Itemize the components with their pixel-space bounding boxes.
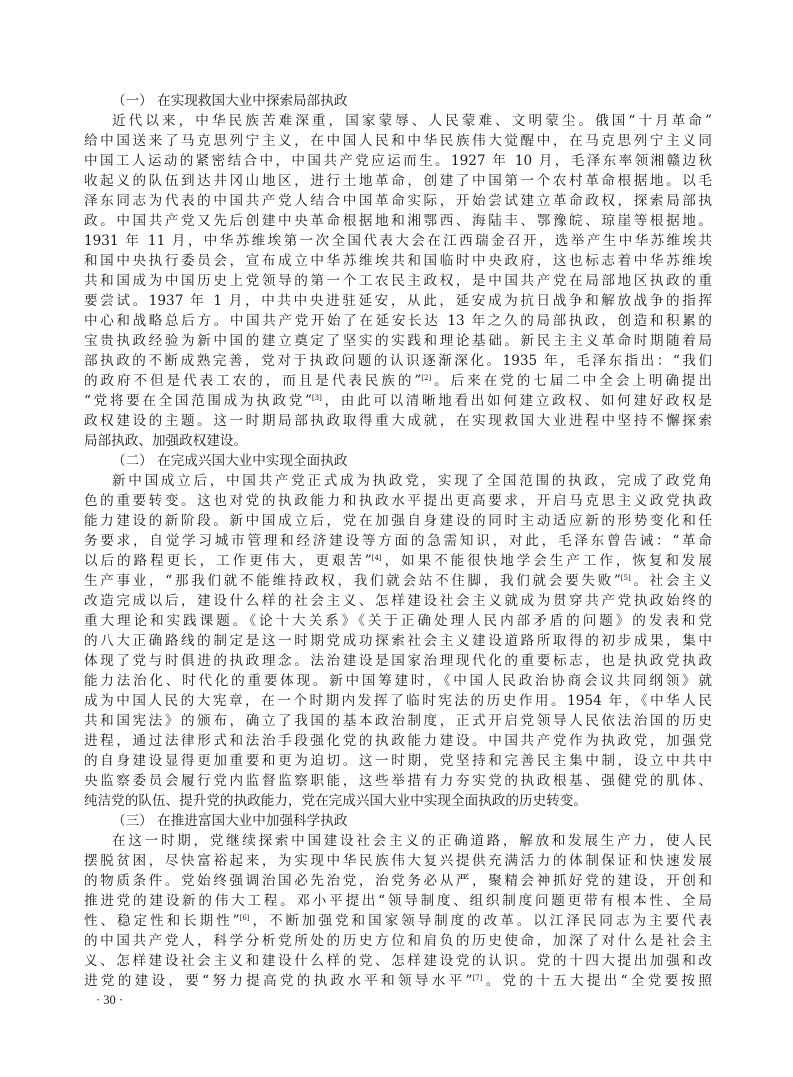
citation-marker: [2] xyxy=(421,374,431,382)
paragraph-line: 的自身建设显得更加重要和更为迫切。这一时期，党坚持和完善民主集中制，设立中共中 xyxy=(84,751,712,771)
paragraph-line: 务要求，自觉学习城市管理和经济建设等方面的急需知识，对此，毛泽东曾告诫：“革命 xyxy=(84,531,712,551)
paragraph-line: 共和国宪法》的颁布，确立了我国的基本政治制度，正式开启党领导人民依法治国的历史 xyxy=(84,711,712,731)
section-heading: （三） 在推进富国大业中加强科学执政 xyxy=(84,811,712,831)
paragraph-line: 体现了党与时俱进的执政理念。法治建设是国家治理现代化的重要标志，也是执政党执政 xyxy=(84,651,712,671)
paragraph-line: 能力建设的新阶段。新中国成立后，党在加强自身建设的同时主动适应新的形势变化和任 xyxy=(84,511,712,531)
paragraph-line: 中国工人运动的紧密结合中，中国共产党应运而生。1927 年 10 月，毛泽东率领… xyxy=(84,151,712,171)
section-heading: （一） 在实现救国大业中探索局部执政 xyxy=(84,91,712,111)
paragraph-line: 重大理论和实践课题。《论十大关系》《关于正确处理人民内部矛盾的问题》的发表和党 xyxy=(84,611,712,631)
paragraph-line: 义、怎样建设社会主义和建设什么样的党、怎样建设党的认识。党的十四大提出加强和改 xyxy=(84,951,712,971)
citation-marker: [6] xyxy=(240,914,250,922)
paragraph-line: 近代以来，中华民族苦难深重，国家蒙辱、人民蒙难、文明蒙尘。俄国“十月革命” xyxy=(84,111,712,131)
paragraph-line: 局部执政、加强政权建设。 xyxy=(84,431,712,451)
citation-marker: [7] xyxy=(472,974,482,982)
citation-marker: [3] xyxy=(312,394,322,402)
paragraph-line-with-citation: “党将要在全国范围成为执政党”[3]，由此可以清晰地看出如何建立政权、如何建好政… xyxy=(84,391,712,411)
paragraph-line-with-citation: 性、稳定性和长期性”[6]，不断加强党和国家领导制度的改革。以江泽民同志为主要代… xyxy=(84,911,712,931)
paragraph-line: 改造完成以后，建设什么样的社会主义、怎样建设社会主义就成为贯穿共产党执政始终的 xyxy=(84,591,712,611)
citation-marker: [5] xyxy=(621,574,631,582)
citation-marker: [4] xyxy=(372,554,382,562)
paragraph-line: 宝贵执政经验为新中国的建立奠定了坚实的实践和理论基础。新民主主义革命时期随着局 xyxy=(84,331,712,351)
paragraph-line: 央监察委员会履行党内监督监察职能，这些举措有力夯实党的执政根基、强健党的肌体、 xyxy=(84,771,712,791)
paragraph-line: 收起义的队伍到达井冈山地区，进行土地革命，创建了中国第一个农村革命根据地。以毛 xyxy=(84,171,712,191)
paragraph-line-with-citation: 以后的路程更长，工作更伟大，更艰苦”[4]，如果不能很快地学会生产工作，恢复和发… xyxy=(84,551,712,571)
paragraph-line: 新中国成立后，中国共产党正式成为执政党，实现了全国范围的执政，完成了政党角 xyxy=(84,471,712,491)
paragraph-line: 泽东同志为代表的中国共产党人结合中国革命实际，开始尝试建立革命政权，探索局部执 xyxy=(84,191,712,211)
paragraph-line: 推进党的建设新的伟大工程。邓小平提出“领导制度、组织制度问题更带有根本性、全局 xyxy=(84,891,712,911)
paragraph-line: 1931 年 11 月，中华苏维埃第一次全国代表大会在江西瑞金召开，选举产生中华… xyxy=(84,231,712,251)
paragraph-line: 要尝试。1937 年 1 月，中共中央进驻延安，从此，延安成为抗日战争和解放战争… xyxy=(84,291,712,311)
section-3: （三） 在推进富国大业中加强科学执政 在这一时期，党继续探索中国建设社会主义的正… xyxy=(84,811,712,991)
paragraph-line: 纯洁党的队伍、提升党的执政能力，党在完成兴国大业中实现全面执政的历史转变。 xyxy=(84,791,712,811)
paragraph-line: 能力法治化、时代化的重要体现。新中国筹建时，《中国人民政治协商会议共同纲领》就 xyxy=(84,671,712,691)
section-2: （二） 在完成兴国大业中实现全面执政 新中国成立后，中国共产党正式成为执政党，实… xyxy=(84,451,712,811)
paragraph-line-with-citation: 生产事业，“那我们就不能维持政权，我们就会站不住脚，我们就会要失败”[5]。社会… xyxy=(84,571,712,591)
paragraph-line: 给中国送来了马克思列宁主义，在中国人民和中华民族伟大觉醒中，在马克思列宁主义同 xyxy=(84,131,712,151)
paragraph-line: 进程，通过法律形式和法治手段强化党的执政能力建设。中国共产党作为执政党，加强党 xyxy=(84,731,712,751)
section-heading: （二） 在完成兴国大业中实现全面执政 xyxy=(84,451,712,471)
section-1: （一） 在实现救国大业中探索局部执政 近代以来，中华民族苦难深重，国家蒙辱、人民… xyxy=(84,91,712,451)
paragraph-line: 的八大正确路线的制定是这一时期党成功探索社会主义建设道路所取得的初步成果，集中 xyxy=(84,631,712,651)
paragraph-line: 和国中央执行委员会，宣布成立中华苏维埃共和国临时中央政府，这也标志着中华苏维埃 xyxy=(84,251,712,271)
paragraph-line-with-citation: 进党的建设，要“努力提高党的执政水平和领导水平”[7]。党的十五大提出“全党要按… xyxy=(84,971,712,991)
paragraph-line: 的物质条件。党始终强调治国必先治党，治党务必从严，聚精会神抓好党的建设，开创和 xyxy=(84,871,712,891)
paragraph-line: 政权建设的主题。这一时期局部执政取得重大成就，在实现救国大业进程中坚持不懈探索 xyxy=(84,411,712,431)
document-page: （一） 在实现救国大业中探索局部执政 近代以来，中华民族苦难深重，国家蒙辱、人民… xyxy=(84,91,712,991)
paragraph-line: 政。中国共产党又先后创建中央革命根据地和湘鄂西、海陆丰、鄂豫皖、琼崖等根据地。 xyxy=(84,211,712,231)
paragraph-line: 色的重要转变。这也对党的执政能力和执政水平提出更高要求，开启马克思主义政党执政 xyxy=(84,491,712,511)
paragraph-line: 的中国共产党人，科学分析党所处的历史方位和肩负的历史使命，加深了对什么是社会主 xyxy=(84,931,712,951)
paragraph-line: 摆脱贫困，尽快富裕起来，为实现中华民族伟大复兴提供充满活力的体制保证和快速发展 xyxy=(84,851,712,871)
paragraph-line: 共和国成为中国历史上党领导的第一个工农民主政权，是中国共产党在局部地区执政的重 xyxy=(84,271,712,291)
paragraph-line: 在这一时期，党继续探索中国建设社会主义的正确道路，解放和发展生产力，使人民 xyxy=(84,831,712,851)
paragraph-line: 部执政的不断成熟完善，党对于执政问题的认识逐渐深化。1935 年，毛泽东指出：“… xyxy=(84,351,712,371)
paragraph-line-with-citation: 的政府不但是代表工农的，而且是代表民族的”[2]。后来在党的七届二中全会上明确提… xyxy=(84,371,712,391)
paragraph-line: 成为中国人民的大宪章，在一个时期内发挥了临时宪法的历史作用。1954 年，《中华… xyxy=(84,691,712,711)
page-number: · 30 · xyxy=(96,993,123,1008)
paragraph-line: 中心和战略总后方。中国共产党开始了在延安长达 13 年之久的局部执政，创造和积累… xyxy=(84,311,712,331)
